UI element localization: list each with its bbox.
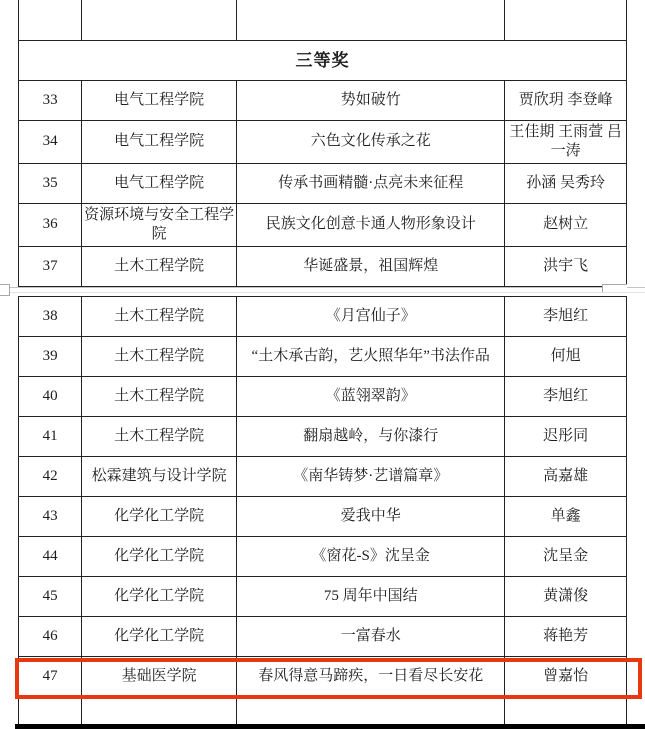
cell-number: 47 bbox=[19, 657, 82, 697]
cell-college: 基础医学院 bbox=[82, 657, 237, 697]
cell-work-title: 传承书画精髓·点亮未来征程 bbox=[237, 163, 505, 203]
table-row: 45化学化工学院75 周年中国结黄潇俊 bbox=[19, 577, 627, 617]
table-row: 39土木工程学院“土木承古韵，艺火照华年”书法作品何旭 bbox=[19, 337, 627, 377]
cell-number: 42 bbox=[19, 457, 82, 497]
cell-number: 35 bbox=[19, 163, 82, 203]
cell-authors: 李旭红 bbox=[505, 297, 627, 337]
cell-work-title: 翻扇越岭，与你漆行 bbox=[237, 417, 505, 457]
cell-authors: 李旭红 bbox=[505, 377, 627, 417]
table-row: 42松霖建筑与设计学院《南华铸梦·艺谱篇章》高嘉雄 bbox=[19, 457, 627, 497]
cell-authors: 黄潇俊 bbox=[505, 577, 627, 617]
cell-work-title: “土木承古韵，艺火照华年”书法作品 bbox=[237, 337, 505, 377]
cell-work-title: 春风得意马蹄疾，一日看尽长安花 bbox=[237, 657, 505, 697]
cell-college: 电气工程学院 bbox=[82, 120, 237, 163]
cell-authors: 洪宇飞 bbox=[505, 246, 627, 286]
page-margin-mark-right bbox=[602, 284, 627, 292]
cell-number: 37 bbox=[19, 246, 82, 286]
table-row: 40土木工程学院《蓝翎翠韵》李旭红 bbox=[19, 377, 627, 417]
table-row: 41土木工程学院翻扇越岭，与你漆行迟彤同 bbox=[19, 417, 627, 457]
cell-number: 39 bbox=[19, 337, 82, 377]
document-page: 三等奖 33电气工程学院势如破竹贾欣玥 李登峰34电气工程学院六色文化传承之花王… bbox=[0, 0, 645, 729]
cell-authors: 赵树立 bbox=[505, 203, 627, 246]
cell-authors: 蒋艳芳 bbox=[505, 617, 627, 657]
cell-work-title: 75 周年中国结 bbox=[237, 577, 505, 617]
table-row: 37土木工程学院华诞盛景，祖国辉煌洪宇飞 bbox=[19, 246, 627, 286]
cell-college: 化学化工学院 bbox=[82, 577, 237, 617]
clipped-row-top bbox=[19, 0, 627, 40]
cell-number: 38 bbox=[19, 297, 82, 337]
cell-college: 电气工程学院 bbox=[82, 163, 237, 203]
cell-number: 36 bbox=[19, 203, 82, 246]
cell-college: 土木工程学院 bbox=[82, 297, 237, 337]
cell-work-title: 六色文化传承之花 bbox=[237, 120, 505, 163]
cell-authors: 单鑫 bbox=[505, 497, 627, 537]
cell-work-title: 一富春水 bbox=[237, 617, 505, 657]
cell-number: 34 bbox=[19, 120, 82, 163]
cell-work-title: 《月宫仙子》 bbox=[237, 297, 505, 337]
table-row: 46化学化工学院一富春水蒋艳芳 bbox=[19, 617, 627, 657]
cell-authors: 沈呈金 bbox=[505, 537, 627, 577]
cell-authors: 何旭 bbox=[505, 337, 627, 377]
cell-authors: 贾欣玥 李登峰 bbox=[505, 80, 627, 120]
cell-authors: 高嘉雄 bbox=[505, 457, 627, 497]
table-row: 47基础医学院春风得意马蹄疾，一日看尽长安花曾嘉怡 bbox=[19, 657, 627, 697]
table-row: 43化学化工学院爱我中华单鑫 bbox=[19, 497, 627, 537]
cell-work-title: 爱我中华 bbox=[237, 497, 505, 537]
award-table-page1: 三等奖 33电气工程学院势如破竹贾欣玥 李登峰34电气工程学院六色文化传承之花王… bbox=[18, 0, 627, 287]
table-row: 35电气工程学院传承书画精髓·点亮未来征程孙涵 吴秀玲 bbox=[19, 163, 627, 203]
cell-number: 45 bbox=[19, 577, 82, 617]
table1-body: 33电气工程学院势如破竹贾欣玥 李登峰34电气工程学院六色文化传承之花王佳期 王… bbox=[19, 80, 627, 286]
cell-work-title: 《窗花-S》沈呈金 bbox=[237, 537, 505, 577]
table-row: 38土木工程学院《月宫仙子》李旭红 bbox=[19, 297, 627, 337]
table-row: 36资源环境与安全工程学院民族文化创意卡通人物形象设计赵树立 bbox=[19, 203, 627, 246]
table-row: 44化学化工学院《窗花-S》沈呈金沈呈金 bbox=[19, 537, 627, 577]
award-table-page2: 38土木工程学院《月宫仙子》李旭红39土木工程学院“土木承古韵，艺火照华年”书法… bbox=[18, 296, 627, 729]
cell-number: 44 bbox=[19, 537, 82, 577]
cell-authors: 王佳期 王雨萱 吕一涛 bbox=[505, 120, 627, 163]
cell-work-title: 华诞盛景，祖国辉煌 bbox=[237, 246, 505, 286]
cell-college: 土木工程学院 bbox=[82, 246, 237, 286]
cell-authors: 孙涵 吴秀玲 bbox=[505, 163, 627, 203]
cell-college: 土木工程学院 bbox=[82, 337, 237, 377]
table-row: 34电气工程学院六色文化传承之花王佳期 王雨萱 吕一涛 bbox=[19, 120, 627, 163]
table2-body: 38土木工程学院《月宫仙子》李旭红39土木工程学院“土木承古韵，艺火照华年”书法… bbox=[19, 297, 627, 697]
cell-authors: 迟彤同 bbox=[505, 417, 627, 457]
table-row: 33电气工程学院势如破竹贾欣玥 李登峰 bbox=[19, 80, 627, 120]
cell-authors: 曾嘉怡 bbox=[505, 657, 627, 697]
section-title: 三等奖 bbox=[19, 40, 627, 80]
clipped-black-bar bbox=[15, 724, 645, 729]
cell-number: 40 bbox=[19, 377, 82, 417]
cell-work-title: 《南华铸梦·艺谱篇章》 bbox=[237, 457, 505, 497]
page-break-line bbox=[0, 287, 645, 288]
section-header-row: 三等奖 bbox=[19, 40, 627, 80]
cell-number: 46 bbox=[19, 617, 82, 657]
cell-college: 电气工程学院 bbox=[82, 80, 237, 120]
cell-college: 松霖建筑与设计学院 bbox=[82, 457, 237, 497]
cell-college: 化学化工学院 bbox=[82, 497, 237, 537]
cell-number: 43 bbox=[19, 497, 82, 537]
page-break-line-shadow bbox=[0, 292, 645, 293]
page-margin-mark-left bbox=[0, 284, 10, 296]
cell-number: 33 bbox=[19, 80, 82, 120]
cell-college: 土木工程学院 bbox=[82, 417, 237, 457]
cell-work-title: 势如破竹 bbox=[237, 80, 505, 120]
cell-work-title: 《蓝翎翠韵》 bbox=[237, 377, 505, 417]
cell-college: 化学化工学院 bbox=[82, 537, 237, 577]
cell-college: 土木工程学院 bbox=[82, 377, 237, 417]
cell-college: 资源环境与安全工程学院 bbox=[82, 203, 237, 246]
cell-work-title: 民族文化创意卡通人物形象设计 bbox=[237, 203, 505, 246]
cell-college: 化学化工学院 bbox=[82, 617, 237, 657]
cell-number: 41 bbox=[19, 417, 82, 457]
